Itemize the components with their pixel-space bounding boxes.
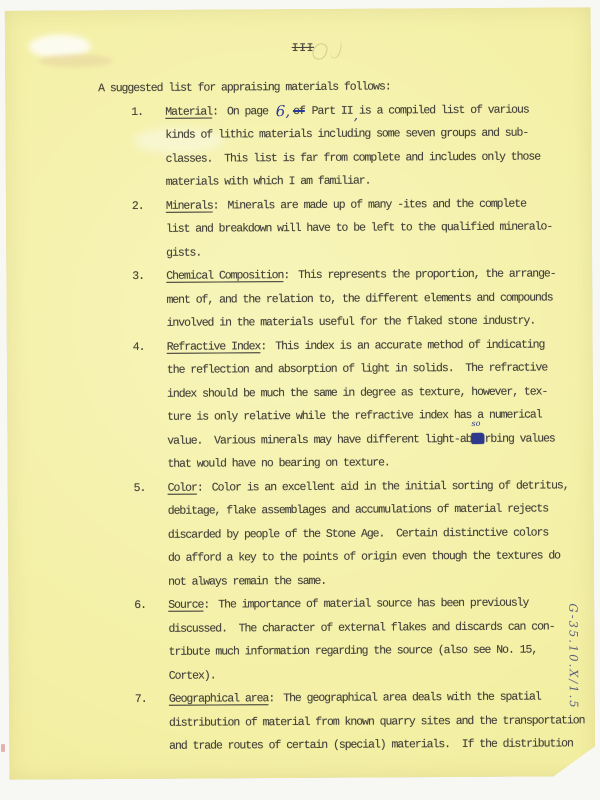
text-line: debitage, flake assemblages and accumula…: [168, 497, 587, 523]
text-line: ture is only relative while the refracti…: [167, 403, 586, 429]
item-number: 4.: [133, 335, 167, 359]
item-number: 3.: [132, 265, 166, 289]
text-fragment: Minerals are made up of many -ites and t…: [227, 197, 525, 212]
struck-word: of: [292, 104, 306, 117]
text-fragment: rbing values: [485, 432, 555, 445]
text-fragment: is a compiled list of various: [359, 103, 529, 117]
item-title: Refractive Index: [167, 340, 261, 354]
text-line: discarded by people of the Stone Age. Ce…: [168, 521, 587, 547]
list-item-material: 1. Material:On page 6,of Part II,is a co…: [98, 98, 585, 195]
text-line: gists.: [166, 239, 585, 265]
item-title: Color: [168, 481, 197, 494]
text-line: that would have no bearing on texture.: [167, 450, 586, 476]
handwritten-page-number: 6,: [274, 102, 292, 120]
item-title: Source: [168, 599, 203, 612]
ink-correction-text: so: [471, 419, 480, 427]
text-line: Cortex).: [169, 662, 588, 688]
text-fragment: value. Various minerals may have differe…: [167, 432, 471, 447]
text-line: materials with which I am familiar.: [166, 168, 585, 194]
text-fragment: This represents the proportion, the arra…: [298, 267, 556, 282]
item-number: 1.: [131, 100, 165, 124]
text-line: do afford a key to the points of origin …: [168, 544, 587, 570]
item-title: Minerals: [166, 199, 213, 212]
text-line: classes. This list is far from complete …: [165, 145, 584, 171]
text-fragment: The importance of material source has be…: [218, 597, 528, 612]
text-line: involved in the materials useful for the…: [166, 309, 585, 335]
intro-line: A suggested list for appraising material…: [98, 74, 584, 100]
scanned-document: { "page": { "heading": "III", "intro": "…: [0, 0, 600, 800]
item-title: Chemical Composition: [166, 269, 283, 283]
ink-blot: [472, 432, 485, 443]
ink-correction-blot: so: [471, 427, 484, 451]
text-line: kinds of lithic materials including some…: [165, 121, 584, 147]
list-item-refractive-index: 4. Refractive Index:This index is an acc…: [100, 333, 587, 477]
text-fragment: This index is an accurate method of indi…: [275, 338, 544, 353]
text-line: Minerals:Minerals are made up of many -i…: [166, 192, 585, 218]
title-punctuation: :: [283, 269, 289, 282]
scan-edge-mark: [1, 744, 5, 752]
text-line: list and breakdown will have to be left …: [166, 215, 585, 241]
text-line: Source:The importance of material source…: [168, 591, 587, 617]
text-line: tribute much information regarding the s…: [169, 638, 588, 664]
page-number-heading: III: [279, 42, 327, 55]
text-line: Geographical area:The geographical area …: [169, 685, 588, 711]
list-item-chemical-composition: 3. Chemical Composition:This represents …: [99, 262, 585, 335]
text-line: not always remain the same.: [168, 568, 587, 594]
document-page: III A suggested list for appraising mate…: [5, 7, 596, 780]
page-body: A suggested list for appraising material…: [98, 74, 588, 758]
item-number: 2.: [132, 194, 166, 218]
text-fragment: The geographical area deals with the spa…: [283, 691, 541, 706]
list-item-color: 5. Color:Color is an excellent aid in th…: [101, 474, 588, 594]
text-line: Color:Color is an excellent aid in the i…: [168, 474, 587, 500]
title-punctuation: :: [197, 481, 203, 494]
faint-pencil-mark: [329, 40, 343, 60]
text-line: distribution of material from known quar…: [169, 709, 588, 735]
margin-annotation: G-35.10.X/1.5: [566, 603, 581, 753]
list-item-minerals: 2. Minerals:Minerals are made up of many…: [99, 192, 585, 265]
item-title: Material: [165, 105, 212, 118]
item-number: 5.: [134, 476, 168, 500]
title-punctuation: :: [260, 340, 266, 353]
item-title: Geographical area: [169, 692, 269, 706]
text-line: the reflection and absorption of light i…: [167, 356, 586, 382]
item-number: 6.: [134, 594, 168, 618]
title-punctuation: :: [212, 105, 218, 118]
item-number: 7.: [135, 688, 169, 712]
title-punctuation: :: [203, 599, 209, 612]
text-fragment: Color is an excellent aid in the initial…: [212, 479, 569, 494]
text-fragment: On page: [227, 105, 274, 118]
list-item-source: 6. Source:The importance of material sou…: [101, 591, 588, 688]
text-line: Chemical Composition:This represents the…: [166, 262, 585, 288]
title-punctuation: :: [213, 199, 219, 212]
text-line: value. Various minerals may have differe…: [167, 427, 586, 453]
title-punctuation: :: [268, 692, 274, 705]
tape-stain: [39, 54, 113, 67]
text-line: index should be much the same in degree …: [167, 380, 586, 406]
text-line: Material:On page 6,of Part II,is a compi…: [165, 98, 584, 124]
text-fragment: Part II: [306, 104, 353, 117]
list-item-geographical-area: 7. Geographical area:The geographical ar…: [102, 685, 588, 758]
text-line: ment of, and the relation to, the differ…: [166, 286, 585, 312]
text-line: Refractive Index:This index is an accura…: [167, 333, 586, 359]
text-line: discussed. The character of external fla…: [168, 615, 587, 641]
text-line: and trade routes of certain (special) ma…: [169, 732, 588, 758]
